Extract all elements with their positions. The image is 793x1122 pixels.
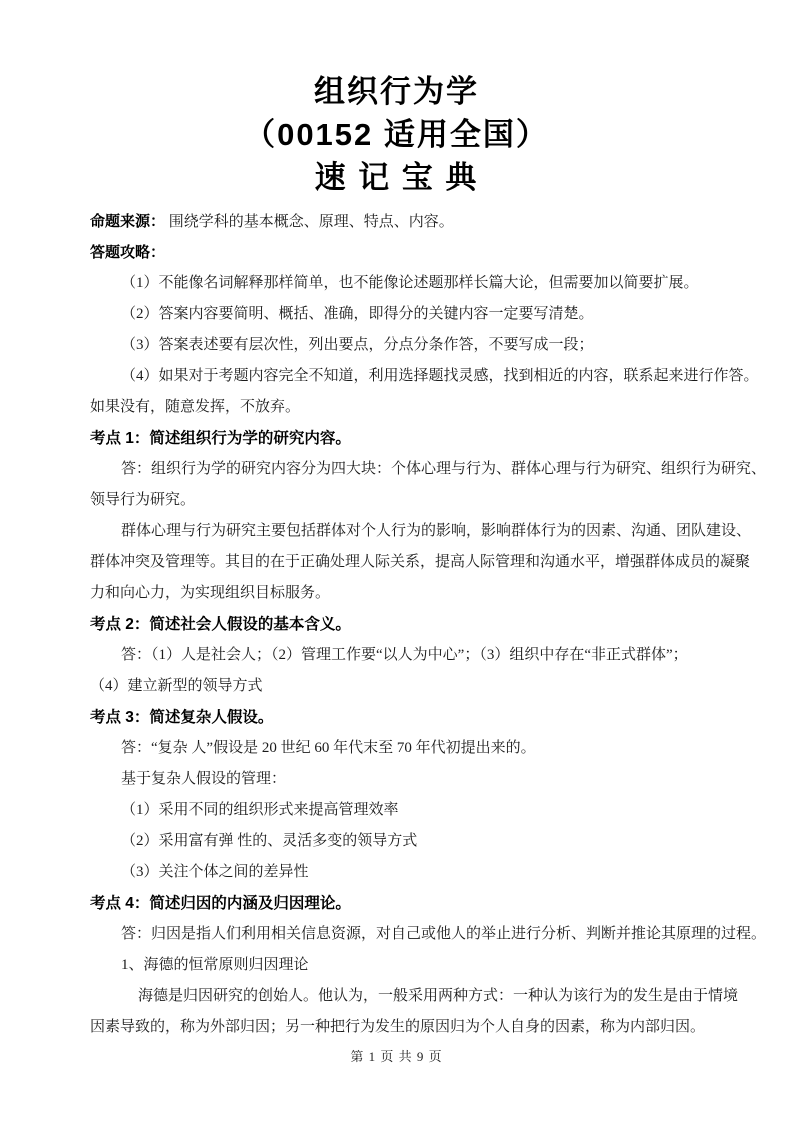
section-3-line-3: （1）采用不同的组织形式来提高管理效率: [90, 795, 703, 826]
section-1-line-4: 群体冲突及管理等。其目的在于正确处理人际关系，提高人际管理和沟通水平，增强群体成…: [90, 547, 703, 578]
section-3-line-5: （3）关注个体之间的差异性: [90, 857, 703, 888]
document-body: 命题来源： 围绕学科的基本概念、原理、特点、内容。 答题攻略： （1）不能像名词…: [90, 206, 703, 1043]
page-number-footer: 第 1 页 共 9 页: [0, 1046, 793, 1065]
section-3-heading: 考点 3：简述复杂人假设。: [90, 702, 703, 733]
title-course-code: （00152 适用全国）: [90, 113, 703, 156]
section-1-line-3: 群体心理与行为研究主要包括群体对个人行为的影响，影响群体行为的因素、沟通、团队建…: [90, 516, 703, 547]
strategy-point-4-continuation: 如果没有，随意发挥，不放弃。: [90, 392, 703, 423]
section-2-line-2: （4）建立新型的领导方式: [90, 671, 703, 702]
exam-source-text: 围绕学科的基本概念、原理、特点、内容。: [165, 214, 454, 230]
section-3-line-1: 答：“复杂 人”假设是 20 世纪 60 年代末至 70 年代初提出来的。: [90, 733, 703, 764]
section-2-line-1: 答：（1）人是社会人；（2）管理工作要“以人为中心”；（3）组织中存在“非正式群…: [90, 640, 703, 671]
section-3-line-4: （2）采用富有弹 性的、灵活多变的领导方式: [90, 826, 703, 857]
section-4-line-2: 1、海德的恒常原则归因理论: [90, 950, 703, 981]
strategy-point-3: （3）答案表述要有层次性，列出要点，分点分条作答，不要写成一段；: [90, 330, 703, 361]
strategy-point-2: （2）答案内容要简明、概括、准确，即得分的关键内容一定要写清楚。: [90, 299, 703, 330]
section-1-heading: 考点 1：简述组织行为学的研究内容。: [90, 423, 703, 454]
section-3-line-2: 基于复杂人假设的管理：: [90, 764, 703, 795]
section-4-line-3: 海德是归因研究的创始人。他认为，一般采用两种方式：一种认为该行为的发生是由于情境: [90, 981, 703, 1012]
section-4-heading: 考点 4：简述归因的内涵及归因理论。: [90, 888, 703, 919]
answer-strategy-heading-line: 答题攻略：: [90, 237, 703, 268]
section-1-line-5: 力和向心力，为实现组织目标服务。: [90, 578, 703, 609]
document-title: 组织行为学 （00152 适用全国） 速 记 宝 典: [90, 70, 703, 199]
document-page: 组织行为学 （00152 适用全国） 速 记 宝 典 命题来源： 围绕学科的基本…: [0, 0, 793, 1122]
answer-strategy-label: 答题攻略：: [90, 244, 165, 261]
section-4-line-1: 答：归因是指人们利用相关信息资源，对自己或他人的举止进行分析、判断并推论其原理的…: [90, 919, 703, 950]
exam-source-label: 命题来源：: [90, 213, 165, 230]
section-1-line-2: 领导行为研究。: [90, 485, 703, 516]
section-4-line-4: 因素导致的，称为外部归因；另一种把行为发生的原因归为个人自身的因素，称为内部归因…: [90, 1012, 703, 1043]
section-2-heading: 考点 2：简述社会人假设的基本含义。: [90, 609, 703, 640]
strategy-point-1: （1）不能像名词解释那样简单，也不能像论述题那样长篇大论，但需要加以简要扩展。: [90, 268, 703, 299]
title-subtitle: 速 记 宝 典: [90, 156, 703, 199]
strategy-point-4: （4）如果对于考题内容完全不知道，利用选择题找灵感，找到相近的内容，联系起来进行…: [90, 361, 703, 392]
exam-source-line: 命题来源： 围绕学科的基本概念、原理、特点、内容。: [90, 206, 703, 237]
section-1-line-1: 答：组织行为学的研究内容分为四大块：个体心理与行为、群体心理与行为研究、组织行为…: [90, 454, 703, 485]
title-course-name: 组织行为学: [90, 70, 703, 113]
